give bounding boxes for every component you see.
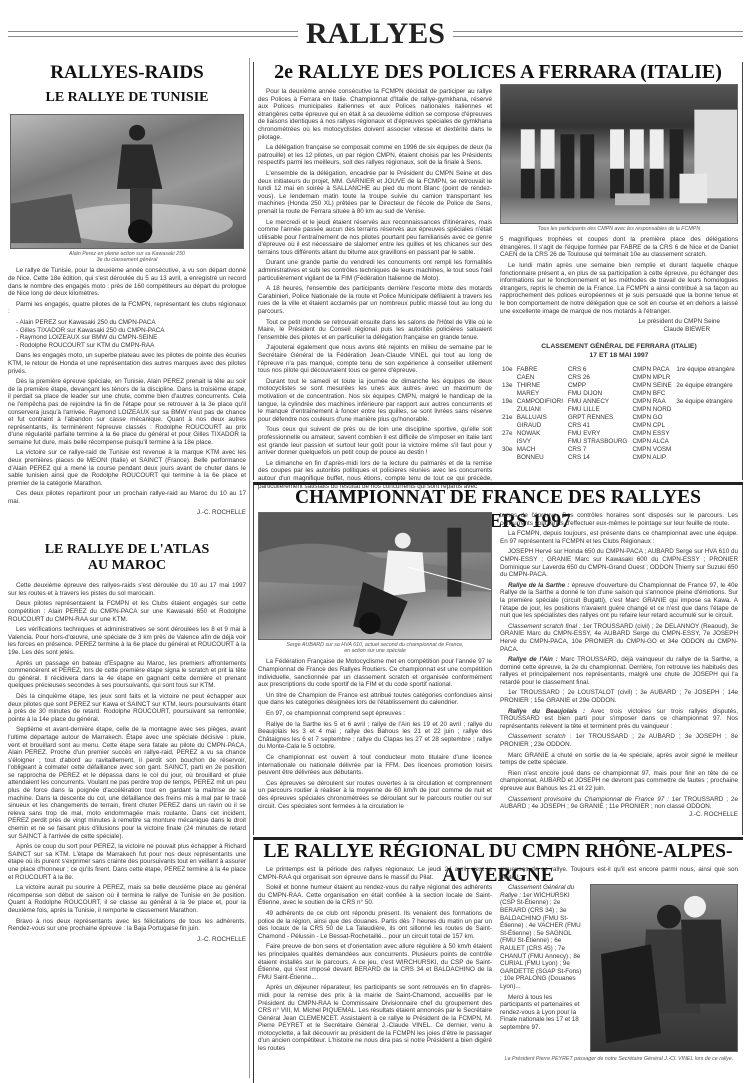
classement-name: GIRAUD xyxy=(515,422,566,430)
provisoire-label: Classement provisoire du Championnat de … xyxy=(508,796,669,803)
ain-label: Rallye de l'Ain : xyxy=(508,656,558,663)
classement-rank xyxy=(500,422,515,430)
regional-photo xyxy=(590,884,738,1052)
classement-row: MAREYFMU DIJONCMPN BFC xyxy=(500,390,738,398)
championnat-photo-caption: Serge AUBARD sur sa HVA 610, actuel seco… xyxy=(258,642,492,654)
pilot-list-item: - Raymond LOIZEAUX sur BMW du CMPN-SEINE xyxy=(16,334,246,342)
pilot-list-item: - Gilles TIXADOR sur Kawasaki 250 du CMP… xyxy=(16,327,246,335)
classement-rank: 10e xyxy=(500,366,515,374)
masthead-rule-left xyxy=(8,31,298,37)
tunisie-paragraph: Ces deux pilotes repartiront pour un pro… xyxy=(8,490,246,505)
regional-column-1: Le printemps est la période des rallyes … xyxy=(258,866,492,1056)
championnat-signature: J.-C. ROCHELLE xyxy=(500,811,738,819)
atlas-signature: J.-C. ROCHELLE xyxy=(8,936,246,944)
classement-row: 19eCAMPODIFIORIFMU ANNECYCMPN RAA3e équi… xyxy=(500,398,738,406)
regional-paragraph: Le printemps est la période des rallyes … xyxy=(258,866,492,881)
classement-unit: CRS 26 xyxy=(566,374,631,382)
ain-paragraph: Rallye de l'Ain : Marc TROUSSARD, déjà v… xyxy=(500,656,738,686)
signature-role: Le président du CMPN Seine xyxy=(500,318,720,326)
classement-row: 27eNOWAKFMU EVRYCMPN ESSY xyxy=(500,430,738,438)
classement-note: 3e équipe étrangère xyxy=(674,398,738,406)
classement-name: ZULIANI xyxy=(515,406,566,414)
classement-row: 10eFABRECRS 6CMPN PACA1re équipe étrangè… xyxy=(500,366,738,374)
classement-unit: CRS 7 xyxy=(566,446,631,454)
classement-name: CAEN xyxy=(515,374,566,382)
tunisie-paragraph: La victoire sur ce rallye-raid de Tunisi… xyxy=(8,449,246,487)
tunisie-pilot-list: - Alain PEREZ sur Kawasaki 250 du CMPN-P… xyxy=(8,319,246,349)
atlas-paragraph: Les vérifications techniques et administ… xyxy=(8,626,246,656)
ferrara-paragraph: Pour la deuxième année consécutive la FC… xyxy=(258,88,492,141)
classement-row: ZULIANIFMU LILLECMPN NORD xyxy=(500,406,738,414)
classement-name: CAMPODIFIORI xyxy=(515,398,566,406)
classement-rank: 21e xyxy=(500,414,515,422)
ferrara-paragraph: L'ensemble de la délégation, encadrée pa… xyxy=(258,170,492,216)
championnat-paragraph: La FCMPN, depuis toujours, est présente … xyxy=(500,530,738,545)
ferrara-signature: Le président du CMPN Seine Claude BIEWER xyxy=(500,318,738,333)
classement-name: ISVY xyxy=(515,438,566,446)
tunisie-title: LE RALLYE DE TUNISIE xyxy=(8,90,246,106)
championnat-paragraph: Rien n'est encore joué dans ce championn… xyxy=(500,770,738,793)
classement-rank: 19e xyxy=(500,398,515,406)
ferrara-column-1: Pour la deuxième année consécutive la FC… xyxy=(258,88,492,493)
classement-note: 2e équipe étrangère xyxy=(674,382,738,390)
regional-column-2: sinueuses de ce rallye. Toujours est-il … xyxy=(500,866,738,1066)
atlas-title-line-1: LE RALLYE DE L'ATLAS xyxy=(8,542,246,558)
ferrara-paragraph: La délégation française se composait com… xyxy=(258,144,492,167)
atlas-paragraph: Après ce coup du sort pour PEREZ, la vic… xyxy=(8,843,246,881)
regional-results-text: Classement Général du Rallye : 1er WICHU… xyxy=(500,884,584,1052)
ferrara-classement-title: CLASSEMENT GÉNÉRAL DE FERRARA (ITALIE) 1… xyxy=(500,343,738,360)
classement-row: GIRAUDCRS 41CMPN CPL xyxy=(500,422,738,430)
regional-paragraph: Après un déjeuner réparateur, les partic… xyxy=(258,984,492,1052)
classement-note xyxy=(674,390,738,398)
signature-name: Claude BIEWER xyxy=(500,326,720,334)
motorcycle-rider-image xyxy=(11,115,243,248)
classement-row: ISVYFMU STRASBOURGCMPN ALCA xyxy=(500,438,738,446)
ain-result: 1er TROUSSARD ; 2e LOUSTALOT (civil) ; 3… xyxy=(500,689,738,704)
classement-rank xyxy=(500,406,515,414)
ferrara-paragraph: Tous ceux qui suivent de près ou de loin… xyxy=(258,426,492,456)
classement-unit: FMU LILLE xyxy=(566,406,631,414)
classement-club: CMPN BFC xyxy=(630,390,674,398)
classement-row: CAENCRS 26CMPN MPLR xyxy=(500,374,738,382)
classement-unit: FMU ANNECY xyxy=(566,398,631,406)
classement-note xyxy=(674,454,738,462)
championnat-paragraph: Ce championnat est ouvert à tout conduct… xyxy=(258,754,492,777)
rallyes-raids-column: RALLYES-RAIDS LE RALLYE DE TUNISIE Alain… xyxy=(8,62,246,943)
beaujolais-result: Classement scratch : 1er TROUSSARD ; 2e … xyxy=(500,733,738,748)
championnat-column-2: temps de l'épreuve. Des contrôles horair… xyxy=(500,512,738,818)
classement-row: 30eMACHCRS 7CMPN VOSM xyxy=(500,446,738,454)
championnat-photo xyxy=(258,512,492,640)
classement-unit: CMPP xyxy=(566,382,631,390)
ferrara-column-2: Tous les participants des CMPN avec les … xyxy=(500,84,738,462)
classement-note xyxy=(674,374,738,382)
classement-name: MACH xyxy=(515,446,566,454)
tunisie-paragraph: Dans les engagés moto, un superbe platea… xyxy=(8,352,246,375)
classement-name: FABRE xyxy=(515,366,566,374)
classement-club: CMPN ALIP xyxy=(630,454,674,462)
ferrara-paragraph: Durant une grande partie du vendredi les… xyxy=(258,259,492,282)
beaujolais-paragraph: Rallye du Beaujolais : Avec trois victoi… xyxy=(500,708,738,731)
classement-unit: CRS 14 xyxy=(566,454,631,462)
regional-left-border xyxy=(253,837,254,1083)
classement-title-line-2: 17 ET 18 MAI 1997 xyxy=(500,352,738,361)
tunisie-photo xyxy=(10,114,244,249)
championnat-paragraph: Marc GRANIE a chuté en sortie de la 4e s… xyxy=(500,752,738,767)
tunisie-signature: J.-C. ROCHELLE xyxy=(8,509,246,517)
atlas-paragraph: Après un passage en bateau d'Espagne au … xyxy=(8,660,246,690)
classement-rank: 27e xyxy=(500,430,515,438)
beaujolais-label: Rallye du Beaujolais : xyxy=(508,708,585,715)
atlas-paragraph: Deux pilotes représentaient la FCMPN et … xyxy=(8,600,246,623)
championnat-column-1: Serge AUBARD sur sa HVA 610, actuel seco… xyxy=(258,512,492,813)
classement-unit: CRS 41 xyxy=(566,422,631,430)
ferrara-title: 2e RALLYE DES POLICES A FERRARA (ITALIE) xyxy=(253,60,743,84)
classement-note xyxy=(674,414,738,422)
championnat-paragraph: En 97, ce championnat comprend sept épre… xyxy=(258,710,492,718)
regional-paragraph: sinueuses de ce rallye. Toujours est-il … xyxy=(500,866,738,881)
ferrara-paragraph: Le mercredi et le jeudi étaient réservés… xyxy=(258,219,492,257)
tunisie-paragraph: Parmi les engagés, quatre pilotes de la … xyxy=(8,301,246,316)
ferrara-paragraph: Durant tout le samedi et toute la journé… xyxy=(258,378,492,424)
classement-note xyxy=(674,422,738,430)
sarthe-label: Rallye de la Sarthe : xyxy=(508,582,569,589)
classement-unit: FMU DIJON xyxy=(566,390,631,398)
regional-paragraph: Faire preuve de bon sens et d'orientatio… xyxy=(258,943,492,981)
atlas-title-line-2: AU MAROC xyxy=(8,558,246,574)
pilot-list-item: - Alain PEREZ sur Kawasaki 250 du CMPN-P… xyxy=(16,319,246,327)
atlas-paragraph: La victoire aurait pu sourire à PEREZ, m… xyxy=(8,884,246,914)
regional-photo-caption: Le Président Pierre PEYRET passager de n… xyxy=(500,1056,738,1062)
classement-note xyxy=(674,438,738,446)
tunisie-paragraph: Dès la première épreuve spéciale, en Tun… xyxy=(8,378,246,446)
classement-club: CMPN NORD xyxy=(630,406,674,414)
classement-name: BONNEU xyxy=(515,454,566,462)
classement-rank: 30e xyxy=(500,446,515,454)
section-title: RALLYES xyxy=(298,17,453,51)
atlas-paragraph: Dès la cinquième étape, les jeux sont fa… xyxy=(8,693,246,723)
championnat-paragraph: Un titre de Champion de France est attri… xyxy=(258,692,492,707)
classement-note xyxy=(674,406,738,414)
ferrara-paragraph: J'ajouterai également que nous avons été… xyxy=(258,344,492,374)
tunisie-paragraph: Le rallye de Tunisie, pour la deuxième a… xyxy=(8,267,246,297)
classement-rank xyxy=(500,374,515,382)
atlas-paragraph: Bravo à nos deux représentants avec les … xyxy=(8,918,246,933)
classement-row: 21eBALLUAISGRPT RENNESCMPN GO xyxy=(500,414,738,422)
scratch-paragraph: Classement scratch final : 1er TROUSSARD… xyxy=(500,623,738,653)
classement-name: MAREY xyxy=(515,390,566,398)
classement-note: 1re équipe étrangère xyxy=(674,366,738,374)
regional-classement: Classement Général du Rallye : 1er WICHU… xyxy=(500,884,584,990)
ferrara-paragraph: Le lundi matin après une semaine bien re… xyxy=(500,262,738,315)
rallyes-raids-heading: RALLYES-RAIDS xyxy=(8,62,246,84)
classement-club: CMPN MPLR xyxy=(630,374,674,382)
scratch-label: Classement scratch final : xyxy=(508,623,581,630)
classement-name: NOWAK xyxy=(515,430,566,438)
classement-club: CMPN CPL xyxy=(630,422,674,430)
regional-classement-text: 1er WICHURSKI (CSP St-Étienne) ; 2e BERA… xyxy=(500,892,581,990)
classement-unit: GRPT RENNES xyxy=(566,414,631,422)
classement-club: CMPN VOSM xyxy=(630,446,674,454)
masthead-rule-right xyxy=(453,31,743,37)
classement-title-line-1: CLASSEMENT GÉNÉRAL DE FERRARA (ITALIE) xyxy=(500,343,738,352)
rider-cornering-image xyxy=(259,513,491,639)
classement-row: BONNEUCRS 14CMPN ALIP xyxy=(500,454,738,462)
regional-paragraph: 49 adhérents de ce club ont répondu prés… xyxy=(258,910,492,940)
regional-paragraph: Merci à tous les participants et partena… xyxy=(500,994,584,1032)
sarthe-paragraph: Rallye de la Sarthe : épreuve d'ouvertur… xyxy=(500,582,738,620)
provisoire-paragraph: Classement provisoire du Championnat de … xyxy=(500,796,738,811)
ferrara-paragraph: 5 magnifiques trophées et coupes dont la… xyxy=(500,236,738,259)
regional-paragraph: Soleil et bonne humeur étaient au rendez… xyxy=(258,884,492,907)
masthead: RALLYES xyxy=(8,18,743,50)
classement-club: CMPN GO xyxy=(630,414,674,422)
atlas-paragraph: Cette deuxième épreuve des rallyes-raids… xyxy=(8,582,246,597)
regional-results-with-photo: Classement Général du Rallye : 1er WICHU… xyxy=(500,884,738,1052)
classement-club: CMPN ESSY xyxy=(630,430,674,438)
championnat-paragraph: temps de l'épreuve. Des contrôles horair… xyxy=(500,512,738,527)
column-divider xyxy=(249,58,250,1078)
classement-unit: FMU STRASBOURG xyxy=(566,438,631,446)
classement-note xyxy=(674,446,738,454)
classement-rank: 13e xyxy=(500,382,515,390)
championnat-paragraph: JOSEPH Hervé sur Honda 650 du CMPN-PACA … xyxy=(500,548,738,578)
championnat-paragraph: La Fédération Française de Motocyclisme … xyxy=(258,658,492,688)
classement-name: THIRNE xyxy=(515,382,566,390)
ferrara-classement-table: 10eFABRECRS 6CMPN PACA1re équipe étrangè… xyxy=(500,366,738,462)
ferrara-paragraph: A 18 heures, l'ensemble des participants… xyxy=(258,285,492,315)
classement-unit: CRS 6 xyxy=(566,366,631,374)
pilot-list-item: - Rodolphe ROUCOURT sur KTM du CMPN-RAA xyxy=(16,342,246,350)
caption-line-2: 3e du classement général xyxy=(8,257,246,263)
classement-club: CMPN ALCA xyxy=(630,438,674,446)
atlas-title: LE RALLYE DE L'ATLAS AU MAROC xyxy=(8,542,246,574)
championnat-paragraph: Ces épreuves se déroulent sur routes ouv… xyxy=(258,780,492,810)
classement-unit: FMU EVRY xyxy=(566,430,631,438)
classement-club: CMPN SEINE xyxy=(630,382,674,390)
classement-note xyxy=(674,430,738,438)
classement-name: BALLUAIS xyxy=(515,414,566,422)
caption-line-2: en action sur une spéciale xyxy=(258,648,492,654)
group-participants-image xyxy=(501,85,737,223)
beaujolais-result-label: Classement scratch : xyxy=(508,733,571,740)
ferrara-photo-caption: Tous les participants des CMPN avec les … xyxy=(500,226,738,232)
classement-rank xyxy=(500,390,515,398)
president-passenger-image xyxy=(591,885,737,1051)
atlas-paragraph: Septième et avant-dernière étape, celle … xyxy=(8,726,246,840)
classement-rank xyxy=(500,454,515,462)
classement-club: CMPN PACA xyxy=(630,366,674,374)
classement-rank xyxy=(500,438,515,446)
ferrara-group-photo xyxy=(500,84,738,224)
classement-row: 13eTHIRNECMPPCMPN SEINE2e équipe étrangè… xyxy=(500,382,738,390)
championnat-paragraph: Rallye de la Sarthe les 5 et 6 avril ; r… xyxy=(258,721,492,751)
ferrara-paragraph: Tout ce petit monde se retrouvait ensuit… xyxy=(258,319,492,342)
tunisie-photo-caption: Alain Perez en pleine action sur sa Kawa… xyxy=(8,251,246,263)
classement-club: CMPN RAA xyxy=(630,398,674,406)
